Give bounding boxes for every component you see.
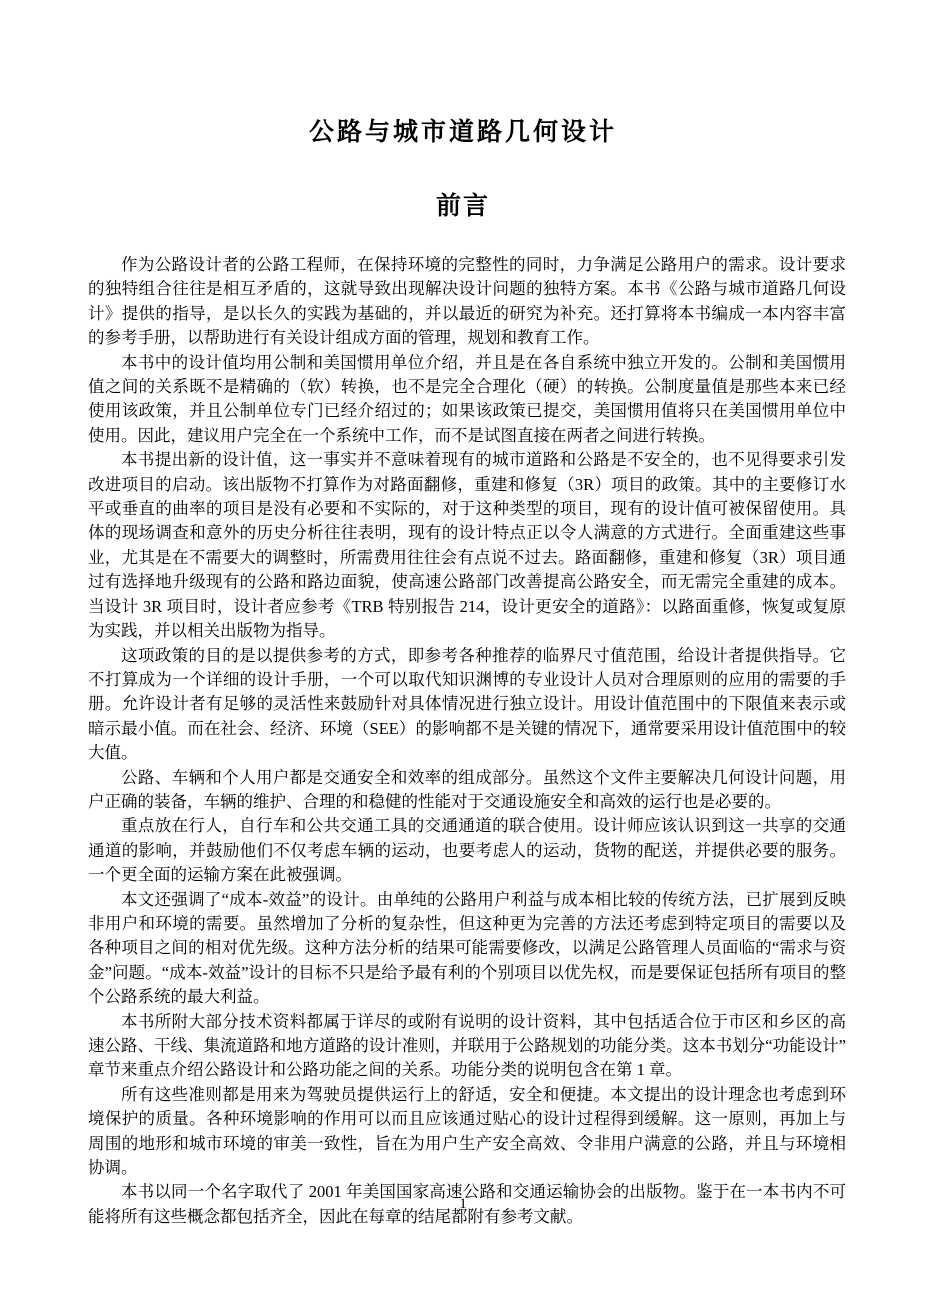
page-number: 1 xyxy=(459,1196,467,1212)
document-title: 公路与城市道路几何设计 xyxy=(0,0,926,147)
paragraph-8: 本书所附大部分技术资料都属于详尽的或附有说明的设计资料，其中包括适合位于市区和乡… xyxy=(88,1010,846,1083)
section-title-preface: 前言 xyxy=(0,191,926,221)
document-page: 公路与城市道路几何设计 前言 作为公路设计者的公路工程师，在保持环境的完整性的同… xyxy=(0,0,926,1309)
document-body: 作为公路设计者的公路工程师，在保持环境的完整性的同时，力争满足公路用户的需求。设… xyxy=(88,253,846,1229)
page-footer: 1 xyxy=(0,1194,926,1214)
paragraph-3: 本书提出新的设计值，这一事实并不意味着现有的城市道路和公路是不安全的，也不见得要… xyxy=(88,448,846,643)
paragraph-7: 本文还强调了“成本-效益”的设计。由单纯的公路用户利益与成本相比较的传统方法，已… xyxy=(88,888,846,1010)
paragraph-4: 这项政策的目的是以提供参考的方式，即参考各种推荐的临界尺寸值范围，给设计者提供指… xyxy=(88,644,846,766)
paragraph-9: 所有这些准则都是用来为驾驶员提供运行上的舒适，安全和便捷。本文提出的设计理念也考… xyxy=(88,1083,846,1181)
paragraph-5: 公路、车辆和个人用户都是交通安全和效率的组成部分。虽然这个文件主要解决几何设计问… xyxy=(88,766,846,815)
paragraph-1: 作为公路设计者的公路工程师，在保持环境的完整性的同时，力争满足公路用户的需求。设… xyxy=(88,253,846,351)
paragraph-2: 本书中的设计值均用公制和美国惯用单位介绍，并且是在各自系统中独立开发的。公制和美… xyxy=(88,351,846,449)
paragraph-6: 重点放在行人，自行车和公共交通工具的交通通道的联合使用。设计师应该认识到这一共享… xyxy=(88,814,846,887)
